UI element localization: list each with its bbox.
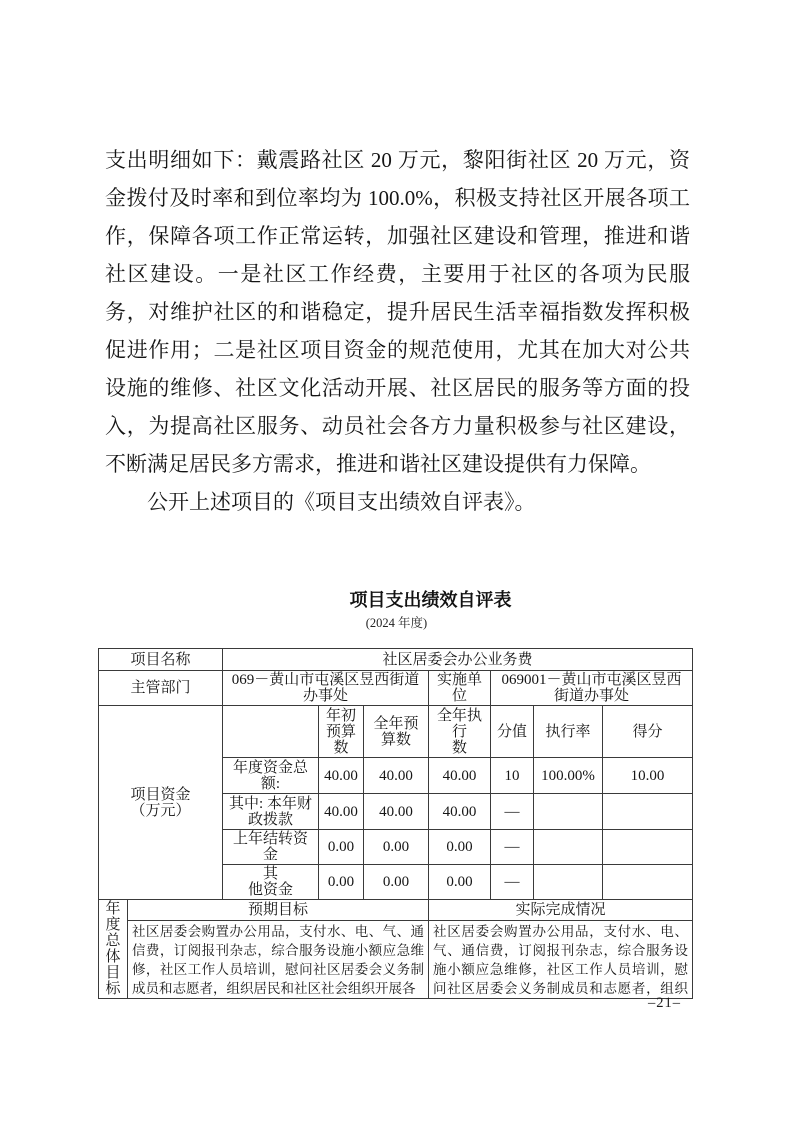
dept-value: 069－黄山市屯溪区昱西街道办事处 [223, 671, 429, 706]
table-row: 主管部门 069－黄山市屯溪区昱西街道办事处 实施单位 069001－黄山市屯溪… [99, 671, 693, 706]
cell-score-weight: — [491, 865, 534, 900]
goal-header-row: 年度总体目标 预期目标 实际完成情况 [99, 900, 693, 920]
funds-header-row: 项目资金 （万元） 年初 预算 数 全年预 算数 全年执行 数 分值 执行率 得… [99, 706, 693, 758]
cell-initial-budget: 40.00 [319, 758, 364, 794]
header-annual-execution: 全年执行 数 [429, 706, 491, 758]
actual-result-header: 实际完成情况 [429, 900, 693, 920]
document-page: 支出明细如下：戴震路社区 20 万元，黎阳街社区 20 万元，资金拨付及时率和到… [0, 0, 793, 1122]
funds-row-label: 上年结转资金 [223, 830, 319, 865]
unit-value: 069001－黄山市屯溪区昱西街道办事处 [491, 671, 693, 706]
project-name-label: 项目名称 [99, 649, 223, 671]
table-row: 项目名称 社区居委会办公业务费 [99, 649, 693, 671]
page-number: –21– [648, 995, 681, 1012]
funds-row-label: 年度资金总 额: [223, 758, 319, 794]
table-title: 项目支出绩效自评表 [0, 588, 793, 612]
cell-annual-execution: 40.00 [429, 758, 491, 794]
expected-goal-text: 社区居委会购置办公用品，支付水、电、气、通信费，订阅报刊杂志，综合服务设施小额应… [132, 922, 424, 996]
body-text-block: 支出明细如下：戴震路社区 20 万元，黎阳街社区 20 万元，资金拨付及时率和到… [0, 0, 793, 521]
goal-text-row: 社区居委会购置办公用品，支付水、电、气、通信费，订阅报刊杂志，综合服务设施小额应… [99, 920, 693, 998]
funds-section-label: 项目资金 （万元） [99, 706, 223, 900]
cell-score-weight: 10 [491, 758, 534, 794]
cell-annual-budget: 40.00 [364, 794, 429, 830]
self-evaluation-table: 项目名称 社区居委会办公业务费 主管部门 069－黄山市屯溪区昱西街道办事处 实… [98, 648, 693, 900]
dept-label: 主管部门 [99, 671, 223, 706]
annual-goal-table: 年度总体目标 预期目标 实际完成情况 社区居委会购置办公用品，支付水、电、气、通… [98, 900, 693, 999]
header-score-weight: 分值 [491, 706, 534, 758]
cell-score: 10.00 [603, 758, 693, 794]
cell-annual-execution: 0.00 [429, 865, 491, 900]
cell-annual-budget: 0.00 [364, 865, 429, 900]
table-subtitle-year: (2024 年度) [0, 615, 793, 632]
cell-initial-budget: 0.00 [319, 830, 364, 865]
paragraph-expenditure-detail: 支出明细如下：戴震路社区 20 万元，黎阳街社区 20 万元，资金拨付及时率和到… [105, 141, 690, 483]
funds-empty-header-cell [223, 706, 319, 758]
expected-goal-header: 预期目标 [128, 900, 429, 920]
header-execution-rate: 执行率 [534, 706, 603, 758]
cell-score [603, 865, 693, 900]
actual-result-cell: 社区居委会购置办公用品，支付水、电、气、通信费，订阅报刊杂志，综合服务设施小额应… [429, 920, 693, 998]
cell-annual-budget: 0.00 [364, 830, 429, 865]
cell-score [603, 794, 693, 830]
unit-label: 实施单位 [429, 671, 491, 706]
cell-score-weight: — [491, 830, 534, 865]
cell-score-weight: — [491, 794, 534, 830]
paragraph-publish-note: 公开上述项目的《项目支出绩效自评表》。 [105, 483, 690, 521]
cell-execution-rate [534, 830, 603, 865]
header-initial-budget: 年初 预算 数 [319, 706, 364, 758]
actual-result-text: 社区居委会购置办公用品，支付水、电、气、通信费，订阅报刊杂志，综合服务设施小额应… [433, 922, 688, 996]
cell-initial-budget: 40.00 [319, 794, 364, 830]
funds-row-label: 其 他资金 [223, 865, 319, 900]
cell-annual-budget: 40.00 [364, 758, 429, 794]
cell-initial-budget: 0.00 [319, 865, 364, 900]
expected-goal-cell: 社区居委会购置办公用品，支付水、电、气、通信费，订阅报刊杂志，综合服务设施小额应… [128, 920, 429, 998]
project-name-value: 社区居委会办公业务费 [223, 649, 693, 671]
cell-execution-rate [534, 865, 603, 900]
funds-row-label: 其中: 本年财 政拨款 [223, 794, 319, 830]
header-annual-budget: 全年预 算数 [364, 706, 429, 758]
cell-execution-rate [534, 794, 603, 830]
cell-annual-execution: 40.00 [429, 794, 491, 830]
cell-annual-execution: 0.00 [429, 830, 491, 865]
header-score: 得分 [603, 706, 693, 758]
annual-goal-section-label: 年度总体目标 [99, 900, 128, 999]
cell-score [603, 830, 693, 865]
cell-execution-rate: 100.00% [534, 758, 603, 794]
